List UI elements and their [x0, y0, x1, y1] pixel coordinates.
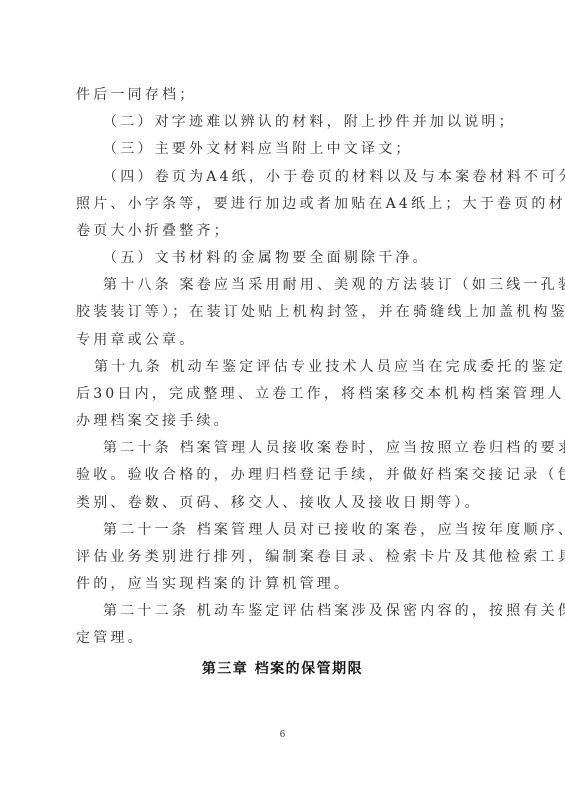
text-line: 照片、小字条等，要进行加边或者加贴在A4纸上；大于卷页的材料要按 — [76, 195, 565, 213]
page-number: 6 — [0, 730, 565, 740]
text-line: （五）文书材料的金属物要全面剔除干净。 — [103, 249, 430, 267]
text-line: 件后一同存档； — [76, 86, 196, 104]
text-line: 卷页大小折叠整齐； — [76, 222, 231, 240]
text-line: 评估业务类别进行排列，编制案卷目录、检索卡片及其他检索工具；有条 — [76, 548, 565, 566]
text-line: 定管理。 — [76, 629, 145, 647]
article-18-line: 第十八条 案卷应当采用耐用、美观的方法装订（如三线一孔装订、 — [103, 276, 565, 294]
document-page: 件后一同存档； （二）对字迹难以辨认的材料，附上抄件并加以说明； （三）主要外文… — [0, 0, 565, 800]
text-line: （三）主要外文材料应当附上中文译文； — [103, 140, 413, 158]
article-19-line: 第十九条 机动车鉴定评估专业技术人员应当在完成委托的鉴定事项 — [94, 358, 565, 376]
text-line: 专用章或公章。 — [76, 331, 196, 349]
text-line: 后30日内，完成整理、立卷工作，将档案移交本机构档案管理人员，并 — [76, 385, 565, 403]
article-20-line: 第二十条 档案管理人员接收案卷时，应当按照立卷归档的要求进行 — [103, 439, 565, 457]
text-line: 类别、卷数、页码、移交人、接收人及接收日期等）。 — [76, 494, 482, 512]
text-line: （四）卷页为A4纸，小于卷页的材料以及与本案卷材料不可分割的 — [103, 168, 565, 186]
text-line: （二）对字迹难以辨认的材料，附上抄件并加以说明； — [103, 113, 516, 131]
article-22-line: 第二十二条 机动车鉴定评估档案涉及保密内容的，按照有关保密规 — [103, 602, 565, 620]
text-line: 件的，应当实现档案的计算机管理。 — [76, 575, 351, 593]
chapter-heading: 第三章 档案的保管期限 — [0, 658, 565, 678]
text-line: 办理档案交接手续。 — [76, 412, 231, 430]
text-line: 胶装装订等）；在装订处贴上机构封签，并在骑缝线上加盖机构鉴定评估 — [76, 303, 565, 321]
text-line: 验收。验收合格的，办理归档登记手续，并做好档案交接记录（包括业务 — [76, 466, 565, 484]
article-21-line: 第二十一条 档案管理人员对已接收的案卷，应当按年度顺序、鉴定 — [103, 521, 565, 539]
